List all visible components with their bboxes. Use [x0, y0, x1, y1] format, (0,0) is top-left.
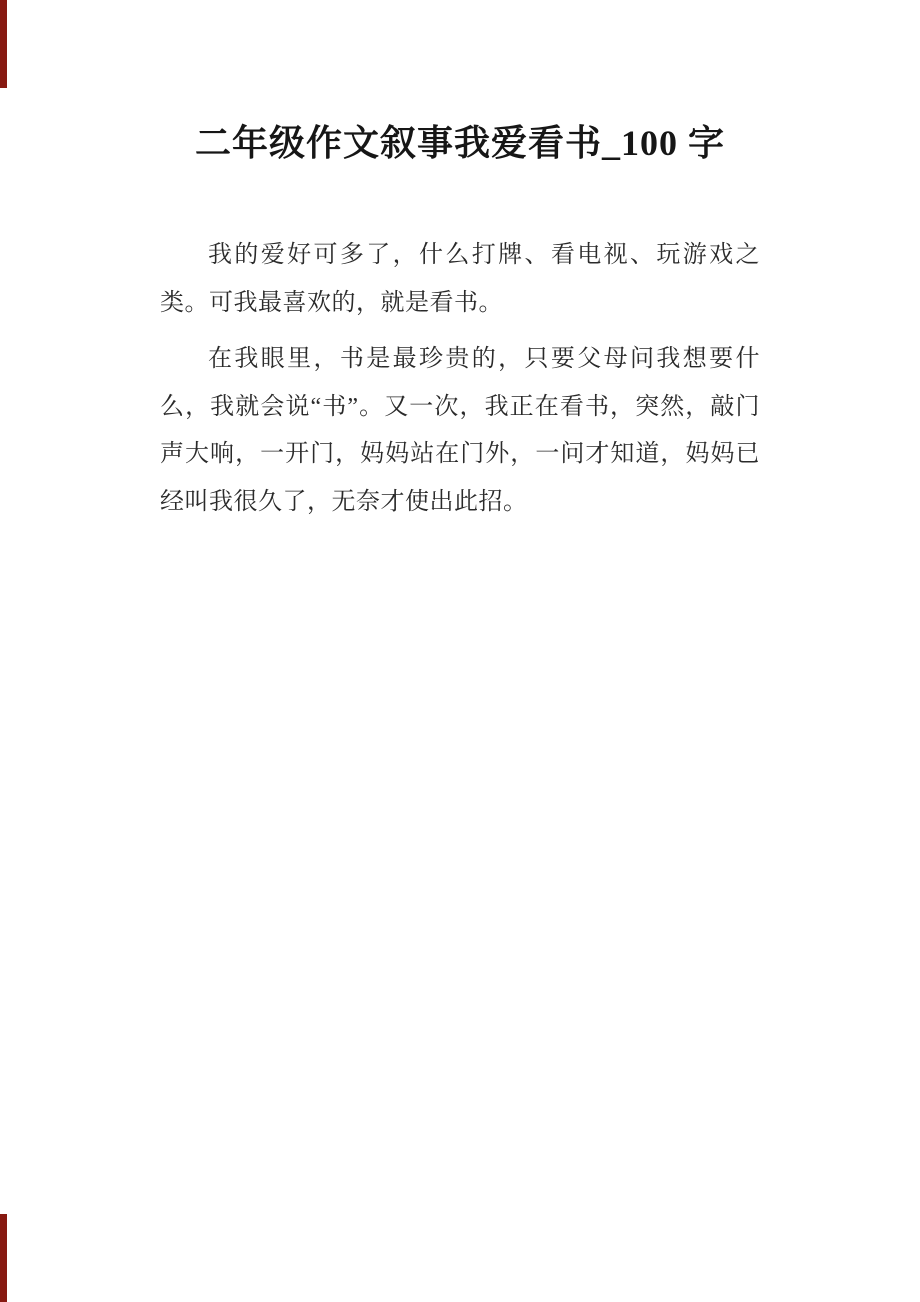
paragraph-2: 在我眼里，书是最珍贵的，只要父母问我想要什么，我就会说“书”。又一次，我正在看书…	[160, 336, 760, 526]
document-title: 二年级作文叙事我爱看书_100 字	[160, 120, 760, 166]
left-edge-mark-top	[0, 0, 7, 88]
document-page: 二年级作文叙事我爱看书_100 字 我的爱好可多了，什么打牌、看电视、玩游戏之类…	[0, 0, 920, 1302]
document-content: 二年级作文叙事我爱看书_100 字 我的爱好可多了，什么打牌、看电视、玩游戏之类…	[160, 0, 760, 526]
paragraph-1: 我的爱好可多了，什么打牌、看电视、玩游戏之类。可我最喜欢的，就是看书。	[160, 232, 760, 327]
left-edge-mark-bottom	[0, 1214, 7, 1302]
